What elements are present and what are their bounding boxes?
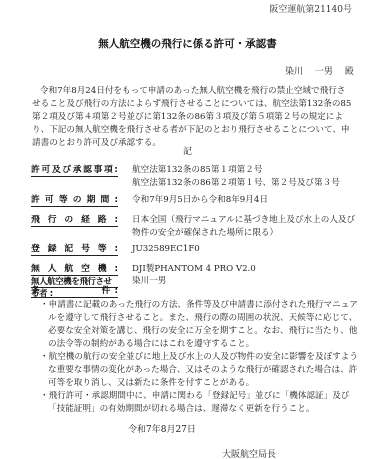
item-permission-matters: 許可及び承認事項: 航空法第132条の85第１項第２号 航空法第132条の86第…: [31, 164, 357, 189]
item-label: 登録記号等:: [31, 243, 118, 256]
addressee-family-name: 染川: [285, 67, 303, 77]
condition-item: ・飛行許可・承認期間中に、申請に関わる「登録記号」並びに「機体認証」及び「技能証…: [40, 390, 362, 416]
condition-item: ・申請書に記載のあった飛行の方法、条件等及び申請書に添付された飛行マニュアルを遵…: [40, 299, 362, 351]
item-value: 令和7年9月5日から令和8年9月4日: [132, 194, 357, 207]
item-value: 航空法第132条の85第１項第２号 航空法第132条の86第２項第１号、第２号及…: [132, 164, 357, 189]
item-registration-number: 登録記号等: JU32589EC1F0: [31, 243, 357, 256]
issue-date: 令和7年8月27日: [128, 424, 196, 436]
addressee: 染川 一男 殿: [285, 66, 363, 78]
document-title: 無人航空機の飛行に係る許可・承認書: [0, 37, 375, 51]
issuer: 大阪航空局長: [222, 449, 276, 459]
item-flight-route: 飛行の経路: 日本全国（飛行マニュアルに基づき地上及び水上の人及び物件の安全が確…: [31, 214, 357, 239]
item-conditions: 条件:: [31, 285, 118, 298]
addressee-given-name: 一男: [315, 67, 333, 77]
ki-heading: 記: [0, 146, 375, 158]
item-label: 条件:: [31, 285, 118, 298]
item-permission-period: 許可等の期間: 令和7年9月5日から令和8年9月4日: [31, 194, 357, 207]
item-value: JU32589EC1F0: [132, 243, 357, 256]
condition-item: ・航空機の航行の安全並びに地上及び水上の人及び物件の安全に影響を及ぼすような重要…: [40, 351, 362, 390]
conditions-list: ・申請書に記載のあった飛行の方法、条件等及び申請書に添付された飛行マニュアルを遵…: [40, 299, 362, 416]
addressee-honorific: 殿: [345, 67, 354, 77]
item-label: 許可等の期間:: [31, 194, 118, 207]
item-value: 日本全国（飛行マニュアルに基づき地上及び水上の人及び物件の安全が確保された場所に…: [132, 214, 357, 239]
body-paragraph: 令和7年8月24日付をもって申請のあった無人航空機を飛行の禁止空域で飛行させるこ…: [32, 85, 352, 150]
item-value: 染川一男: [132, 275, 357, 288]
item-label: 飛行の経路:: [31, 214, 118, 227]
document-number: 阪空運航第21140号: [269, 4, 352, 16]
item-label: 許可及び承認事項:: [31, 164, 118, 177]
